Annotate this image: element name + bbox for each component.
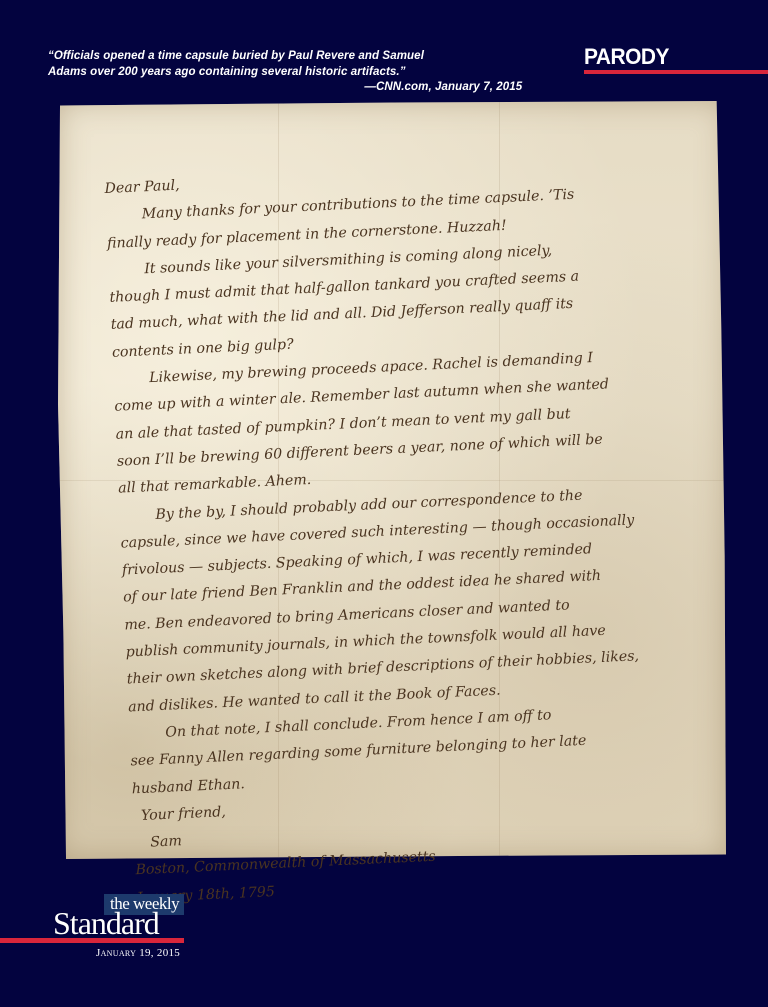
- quote-line-1: “Officials opened a time capsule buried …: [48, 48, 424, 62]
- quote-source: —CNN.com, January 7, 2015: [48, 79, 522, 95]
- section-label-underline: [584, 70, 768, 74]
- epigraph-quote: “Officials opened a time capsule buried …: [48, 48, 522, 95]
- masthead-red-bar: [0, 938, 184, 943]
- handwritten-letter: Dear Paul, Many thanks for your contribu…: [104, 150, 717, 913]
- section-label: PARODY: [584, 44, 669, 70]
- issue-date: January 19, 2015: [96, 947, 180, 959]
- quote-line-2: Adams over 200 years ago containing seve…: [48, 64, 406, 78]
- masthead-standard-logo: Standard: [53, 906, 159, 940]
